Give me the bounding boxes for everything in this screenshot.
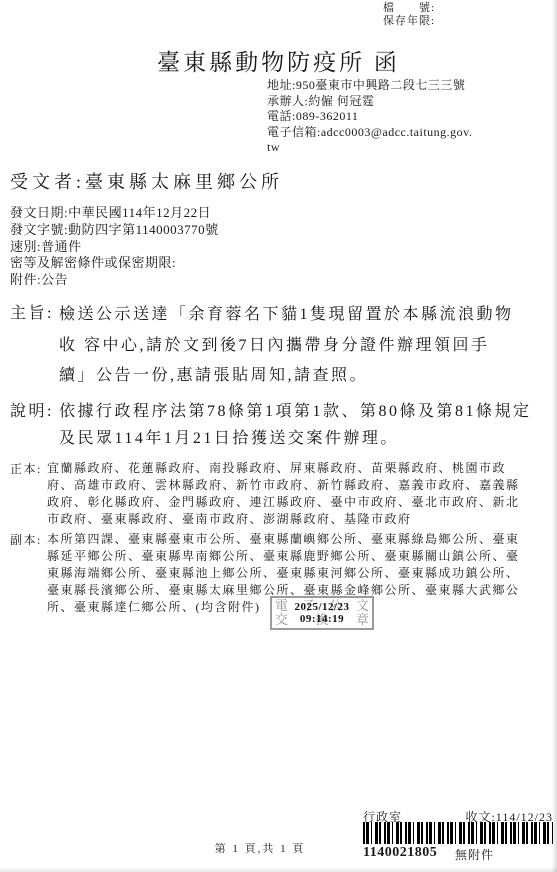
recipient-line: 受文者:臺東縣太麻里鄉公所 (10, 168, 283, 194)
stamp-date: 2025/12/23 (272, 601, 372, 613)
copy-recipients-line: 縣延平鄉公所、臺東縣卑南鄉公所、臺東縣鹿野鄉公所、臺東縣關山鎮公所、臺 (47, 548, 520, 565)
scan-edge-right (552, 0, 557, 872)
copy-recipients-label: 副本: (10, 531, 42, 548)
original-recipients-line: 府、高雄市政府、雲林縣政府、新竹市政府、新竹縣政府、嘉義市政府、嘉義縣 (47, 477, 520, 494)
original-recipients-line: 市政府、臺東縣政府、臺南市政府、澎湖縣政府、基隆市政府 (47, 511, 520, 528)
page-number-footer: 第 1 頁,共 1 頁 (140, 840, 380, 856)
issue-number: 發文字號:動防四字第1140003770號 (10, 222, 219, 239)
retention-period-label: 保存年限: (383, 15, 435, 28)
attachment-field: 附件:公告 (10, 272, 219, 289)
explanation-line: 及民眾114年1月21日拾獲送交案件辦理。 (59, 425, 532, 452)
sender-email-line1: 電子信箱:adcc0003@adcc.taitung.gov. (267, 125, 472, 141)
sender-address: 地址:950臺東市中興路二段七三三號 (267, 78, 472, 94)
stamp-datetime: 2025/12/23 09:14:19 (272, 601, 372, 625)
electronic-exchange-stamp: 電 子 公 文 交 換 章 2025/12/23 09:14:19 (270, 596, 374, 630)
copy-recipients-line: 東縣海端鄉公所、臺東縣池上鄉公所、臺東縣東河鄉公所、臺東縣成功鎮公所、 (47, 565, 520, 582)
sender-contact-person: 承辦人:約僱 何冠霆 (267, 94, 472, 110)
scan-edge-bottom (0, 867, 557, 872)
official-letter-page: 檔 號: 保存年限: 臺東縣動物防疫所 函 地址:950臺東市中興路二段七三三號… (0, 0, 557, 872)
file-number-label: 檔 號: (383, 2, 435, 15)
sender-info-block: 地址:950臺東市中興路二段七三三號 承辦人:約僱 何冠霆 電話:089-362… (267, 78, 472, 156)
subject-line: 檢送公示送達「余育蓉名下貓1隻現留置於本縣流浪動物 (59, 300, 514, 331)
explanation-body: 依據行政程序法第78條第1項第1款、第80條及第81條規定 及民眾114年1月2… (59, 398, 532, 452)
original-recipients-label: 正本: (10, 460, 42, 477)
issue-date: 發文日期:中華民國114年12月22日 (10, 205, 219, 222)
subject-label: 主旨: (10, 300, 54, 323)
document-barcode (363, 822, 553, 844)
sender-phone: 電話:089-362011 (267, 109, 472, 125)
confidentiality: 密等及解密條件或保密期限: (10, 255, 219, 272)
stamp-time: 09:14:19 (272, 613, 372, 625)
copy-recipients-line: 本所第四課、臺東縣臺東市公所、臺東縣蘭嶼鄉公所、臺東縣綠島鄉公所、臺東 (47, 531, 520, 548)
subject-line: 續」公告一份,惠請張貼周知,請查照。 (59, 361, 514, 392)
subject-line: 收 容中心,請於文到後7日內攜帶身分證件辦理領回手 (59, 331, 514, 362)
document-meta-block: 發文日期:中華民國114年12月22日 發文字號:動防四字第1140003770… (10, 205, 219, 289)
document-title: 臺東縣動物防疫所 函 (0, 44, 557, 77)
explanation-line: 依據行政程序法第78條第1項第1款、第80條及第81條規定 (59, 398, 532, 425)
original-recipients-line: 政府、彰化縣政府、金門縣政府、連江縣政府、臺中市政府、臺北市政府、新北 (47, 494, 520, 511)
original-recipients-body: 宜蘭縣政府、花蓮縣政府、南投縣政府、屏東縣政府、苗栗縣政府、桃園市政 府、高雄市… (47, 460, 520, 528)
sender-email-line2: tw (267, 140, 472, 156)
delivery-speed: 速別:普通件 (10, 239, 219, 256)
file-info-block: 檔 號: 保存年限: (383, 2, 435, 28)
receipt-attachment-note: 無附件 (455, 846, 494, 863)
subject-body: 檢送公示送達「余育蓉名下貓1隻現留置於本縣流浪動物 收 容中心,請於文到後7日內… (59, 300, 514, 392)
original-recipients-line: 宜蘭縣政府、花蓮縣政府、南投縣政府、屏東縣政府、苗栗縣政府、桃園市政 (47, 460, 520, 477)
explanation-label: 說明: (10, 398, 54, 421)
